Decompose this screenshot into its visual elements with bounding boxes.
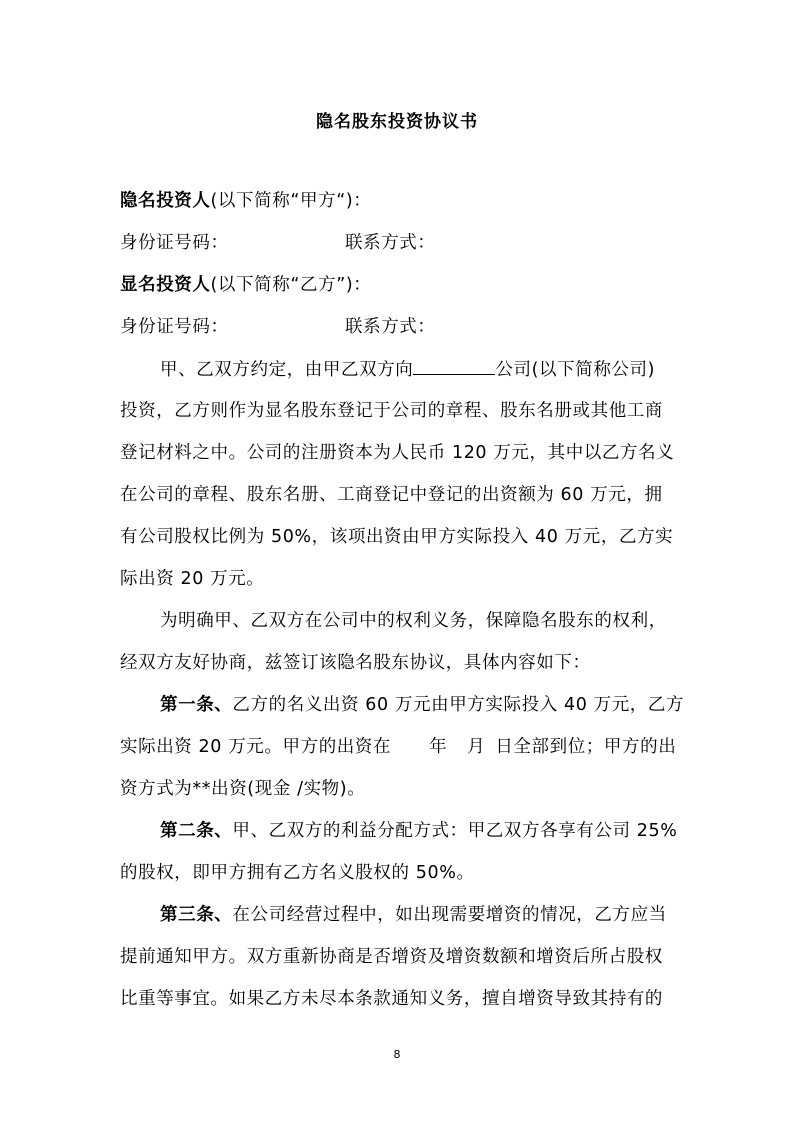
company-name-blank [413,357,495,375]
para1-text: 甲、乙双方约定，由甲乙双方向 [160,360,413,380]
party-a-label: 隐名投资人 [120,191,211,211]
party-a-contact-label: 联系方式： [345,232,436,254]
article1-heading: 第一条、 [160,695,232,715]
article3-line3: 比重等事宜。如果乙方未尽本条款通知义务，擅自增资导致其持有的 [120,988,663,1010]
party-a-id-line: 身份证号码： [120,232,229,254]
article1-line2: 实际出资 20 万元。甲方的出资在年月日全部到位；甲方的出 [120,736,676,758]
party-b-id-line: 身份证号码： [120,316,229,338]
article2-text: 甲、乙双方的利益分配方式：甲乙双方各享有公司 25% [232,821,677,841]
party-b-id-label: 身份证号码： [120,317,229,337]
article3-text: 在公司经营过程中，如出现需要增资的情况，乙方应当 [232,905,666,925]
article2-line2: 的股权，即甲方拥有乙方名义股权的 50%。 [120,862,475,884]
party-b-heading: 显名投资人(以下简称“乙方”)： [120,274,371,296]
article1-line1: 第一条、乙方的名义出资 60 万元由甲方实际投入 40 万元，乙方 [160,694,684,716]
month-label: 月 [467,737,485,757]
document-title: 隐名股东投资协议书 [0,107,794,132]
para1-line1: 甲、乙双方约定，由甲乙双方向公司(以下简称公司) [160,357,655,381]
article2-line1: 第二条、甲、乙双方的利益分配方式：甲乙双方各享有公司 25% [160,820,677,842]
article1-line3: 资方式为**出资(现金 /实物)。 [120,778,365,800]
article3-heading: 第三条、 [160,905,232,925]
para2-line2: 经双方友好协商，兹签订该隐名股东协议，具体内容如下： [120,652,591,674]
article1-text: 乙方的名义出资 60 万元由甲方实际投入 40 万元，乙方 [232,695,684,715]
para1-text: 公司(以下简称公司) [495,360,655,380]
party-b-label: 显名投资人 [120,275,211,295]
article3-line2: 提前通知甲方。双方重新协商是否增资及增资数额和增资后所占股权 [120,946,663,968]
para1-line2: 投资，乙方则作为显名股东登记于公司的章程、股东名册或其他工商 [120,400,663,422]
article1-text: 实际出资 20 万元。甲方的出资在 [120,737,391,757]
year-label: 年 [429,737,447,757]
para2-line1: 为明确甲、乙双方在公司中的权利义务，保障隐名股东的权利， [160,610,667,632]
party-b-suffix: (以下简称“乙方”)： [211,275,372,295]
party-a-suffix: (以下简称“甲方“)： [211,191,372,211]
para1-line4: 在公司的章程、股东名册、工商登记中登记的出资额为 60 万元，拥 [120,484,663,506]
para1-line5: 有公司股权比例为 50%，该项出资由甲方实际投入 40 万元，乙方实 [120,526,673,548]
party-a-heading: 隐名投资人(以下简称“甲方“)： [120,190,371,212]
article3-line1: 第三条、在公司经营过程中，如出现需要增资的情况，乙方应当 [160,904,667,926]
para1-line6: 际出资 20 万元。 [120,568,264,590]
party-a-id-label: 身份证号码： [120,233,229,253]
article1-text: 日全部到位；甲方的出 [495,737,676,757]
article2-heading: 第二条、 [160,821,232,841]
para1-line3: 登记材料之中。公司的注册资本为人民币 120 万元，其中以乙方名义 [120,442,674,464]
party-b-contact-label: 联系方式： [345,316,436,338]
page-number: 8 [0,1048,794,1061]
